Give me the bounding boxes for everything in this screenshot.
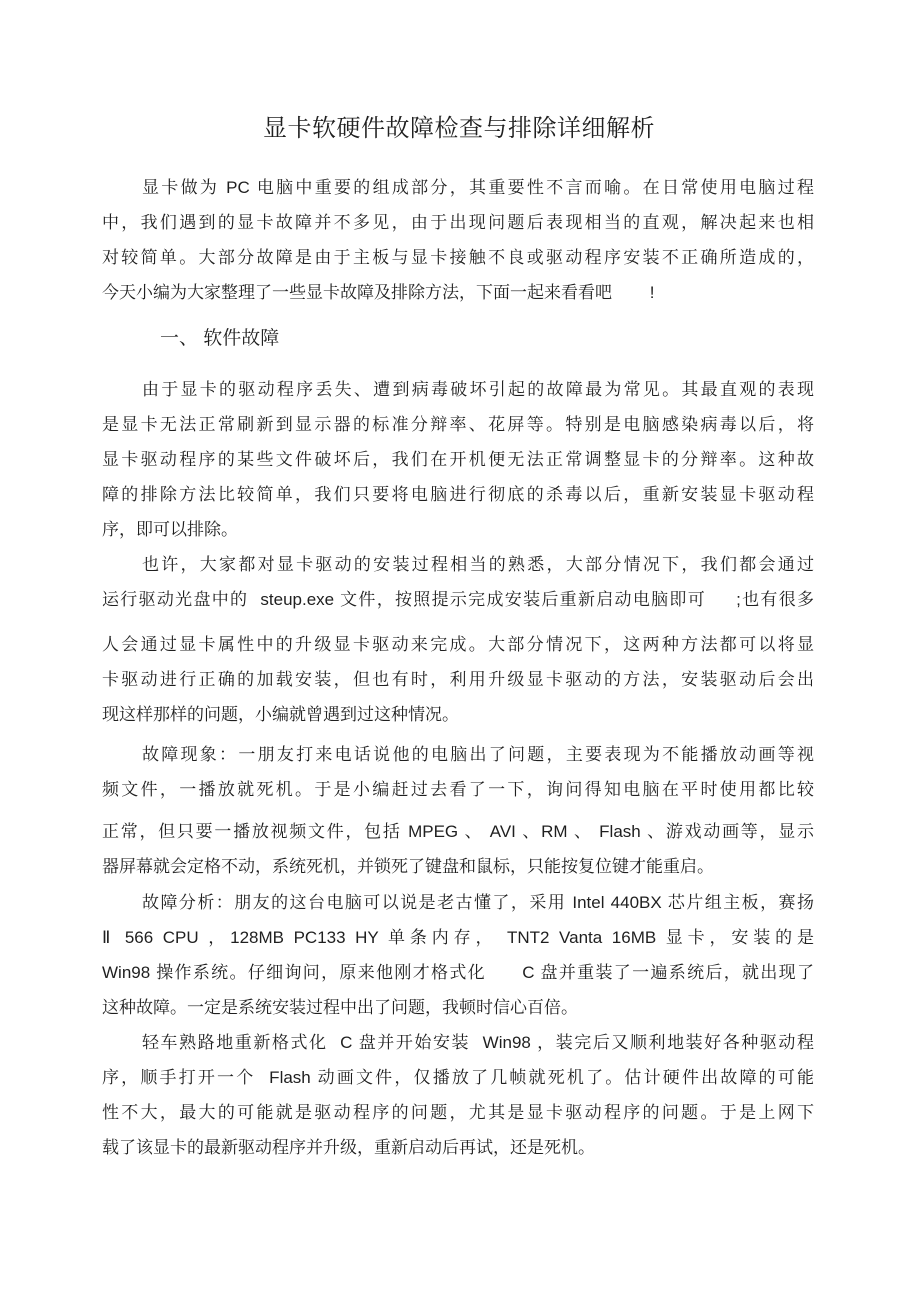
text-line: 频文件，一播放就死机。于是小编赶过去看了一下，询问得知电脑在平时使用都比较 (102, 772, 814, 807)
text-line: 现这样那样的问题，小编就曾遇到过这种情况。 (102, 697, 814, 732)
document-page: 显卡软硬件故障检查与排除详细解析 显卡做为 PC 电脑中重要的组成部分，其重要性… (0, 0, 920, 1303)
text-line: 运行驱动光盘中的 steup.exe 文件，按照提示完成安装后重新启动电脑即可 … (102, 582, 814, 617)
text-line: 轻车熟路地重新格式化 C 盘并开始安装 Win98 ，装完后又顺利地装好各种驱动… (102, 1025, 814, 1060)
text-line: 显卡驱动程序的某些文件破坏后，我们在开机便无法正常调整显卡的分辩率。这种故 (102, 442, 814, 477)
text-line: 是显卡无法正常刷新到显示器的标准分辩率、花屏等。特别是电脑感染病毒以后，将 (102, 407, 814, 442)
text-line: 这种故障。一定是系统安装过程中出了问题，我顿时信心百倍。 (102, 990, 814, 1025)
section-heading-software-faults: 一、 软件故障 (102, 324, 816, 354)
text-line: 故障分析：朋友的这台电脑可以说是老古懂了，采用 Intel 440BX 芯片组主… (102, 885, 814, 920)
paragraph-fault-symptom: 故障现象：一朋友打来电话说他的电脑出了问题，主要表现为不能播放动画等视 频文件，… (102, 737, 814, 884)
text-line: 卡驱动进行正确的加载安装，但也有时，利用升级显卡驱动的方法，安装驱动后会出 (102, 662, 814, 697)
paragraph-fault-analysis: 故障分析：朋友的这台电脑可以说是老古懂了，采用 Intel 440BX 芯片组主… (102, 885, 814, 1025)
text-line: 序，即可以排除。 (102, 512, 814, 547)
text-line: Win98 操作系统。仔细询问，原来他刚才格式化 C 盘并重装了一遍系统后，就出… (102, 955, 814, 990)
paragraph-intro: 显卡做为 PC 电脑中重要的组成部分，其重要性不言而喻。在日常使用电脑过程 中，… (102, 170, 814, 310)
document-title: 显卡软硬件故障检查与排除详细解析 (102, 112, 816, 146)
text-line: 人会通过显卡属性中的升级显卡驱动来完成。大部分情况下，这两种方法都可以将显 (102, 627, 814, 662)
text-line: 正常，但只要一播放视频文件，包括 MPEG 、 AVI 、RM 、 Flash … (102, 814, 814, 849)
text-line: 序，顺手打开一个 Flash 动画文件，仅播放了几帧就死机了。估计硬件出故障的可… (102, 1060, 814, 1095)
text-line: 载了该显卡的最新驱动程序并升级，重新启动后再试，还是死机。 (102, 1130, 814, 1165)
text-line: Ⅱ 566 CPU ，128MB PC133 HY 单条内存， TNT2 Van… (102, 920, 814, 955)
paragraph-driver-install: 也许，大家都对显卡驱动的安装过程相当的熟悉，大部分情况下，我们都会通过 运行驱动… (102, 547, 814, 732)
text-line: 障的排除方法比较简单，我们只要将电脑进行彻底的杀毒以后，重新安装显卡驱动程 (102, 477, 814, 512)
text-line: 也许，大家都对显卡驱动的安装过程相当的熟悉，大部分情况下，我们都会通过 (102, 547, 814, 582)
text-line: 中，我们遇到的显卡故障并不多见，由于出现问题后表现相当的直观，解决起来也相 (102, 205, 814, 240)
text-line: 性不大，最大的可能就是驱动程序的问题，尤其是显卡驱动程序的问题。于是上网下 (102, 1095, 814, 1130)
text-line: 今天小编为大家整理了一些显卡故障及排除方法，下面一起来看看吧 ! (102, 275, 814, 310)
paragraph-reinstall-attempt: 轻车熟路地重新格式化 C 盘并开始安装 Win98 ，装完后又顺利地装好各种驱动… (102, 1025, 814, 1165)
text-line: 由于显卡的驱动程序丢失、遭到病毒破坏引起的故障最为常见。其最直观的表现 (102, 372, 814, 407)
text-line: 显卡做为 PC 电脑中重要的组成部分，其重要性不言而喻。在日常使用电脑过程 (102, 170, 814, 205)
text-line: 对较简单。大部分故障是由于主板与显卡接触不良或驱动程序安装不正确所造成的， (102, 240, 814, 275)
text-line: 器屏幕就会定格不动，系统死机，并锁死了键盘和鼠标，只能按复位键才能重启。 (102, 849, 814, 884)
paragraph-driver-loss: 由于显卡的驱动程序丢失、遭到病毒破坏引起的故障最为常见。其最直观的表现 是显卡无… (102, 372, 814, 547)
text-line: 故障现象：一朋友打来电话说他的电脑出了问题，主要表现为不能播放动画等视 (102, 737, 814, 772)
